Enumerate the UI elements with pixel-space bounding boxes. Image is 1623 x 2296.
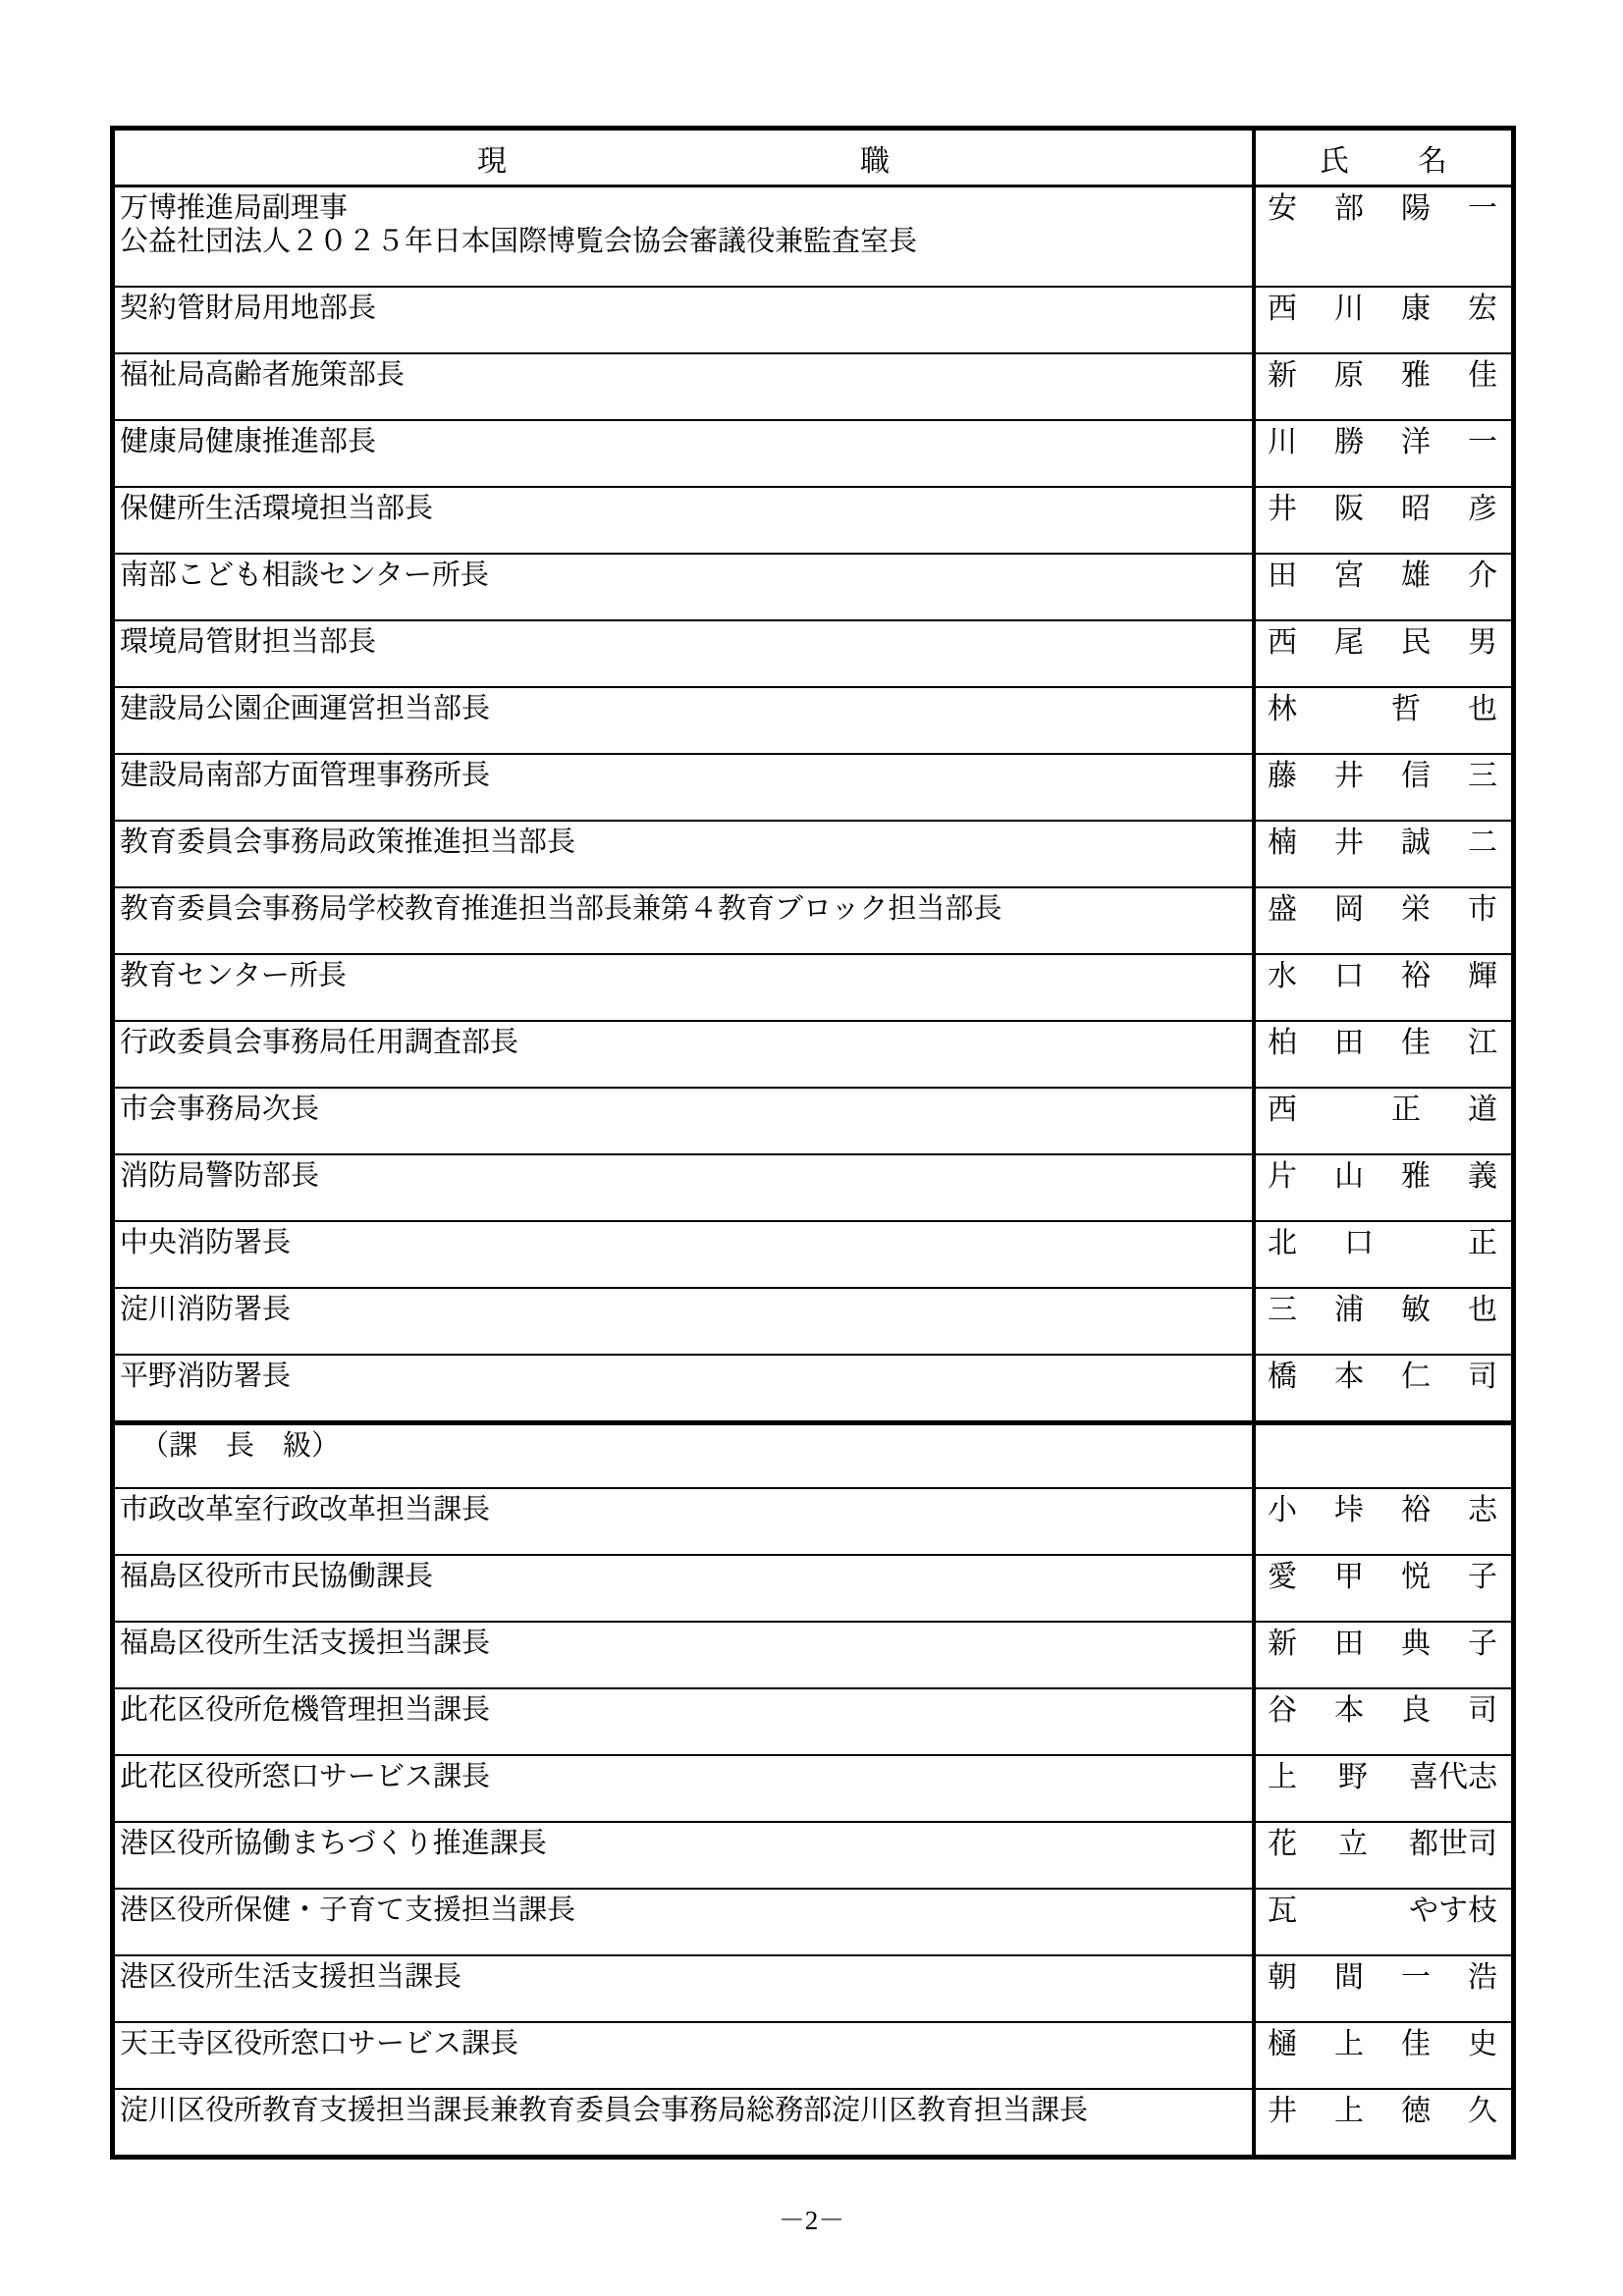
table-row: 港区役所生活支援担当課長朝間一浩 [115,1954,1511,2021]
name-char: 甲 [1334,1561,1364,1593]
name-char: 口 [1344,1227,1374,1259]
name-cell: 井阪昭彦 [1256,488,1511,553]
header-position-cell: 現 職 [115,131,1256,185]
table-row: 環境局管財担当部長西尾民男 [115,619,1511,686]
name-char: 裕 [1401,960,1431,992]
name-cell: 西尾民男 [1256,621,1511,686]
name-char: 介 [1468,560,1497,592]
name-cell: 新原雅佳 [1256,354,1511,419]
table-row: 市政改革室行政改革担当課長小垰裕志 [115,1487,1511,1554]
page-number: －2－ [0,2199,1623,2237]
name-cell: 花立都世司 [1256,1823,1511,1888]
position-text: 環境局管財担当部長 [120,625,1246,659]
name-char: 上 [1334,2028,1364,2060]
name-char: 立 [1338,1828,1368,1860]
name-char: 正 [1391,1094,1421,1126]
position-cell: 保健所生活環境担当部長 [115,488,1256,553]
name-char: 浩 [1468,1961,1497,1994]
table-row: 建設局南部方面管理事務所長藤井信三 [115,753,1511,820]
position-text: 港区役所保健・子育て支援担当課長 [120,1894,1246,1927]
name-char: 史 [1468,2028,1497,2060]
name-char: 佳 [1401,1027,1431,1059]
name-char: 陽 [1401,192,1431,225]
name-char: 彦 [1468,493,1497,525]
table-row: 港区役所保健・子育て支援担当課長瓦やす枝 [115,1888,1511,1954]
name-char: やす枝 [1409,1895,1497,1927]
name-char: 本 [1334,1361,1364,1393]
name-cell: 樋上佳史 [1256,2023,1511,2088]
position-cell: 教育委員会事務局政策推進担当部長 [115,822,1256,886]
name-char: 誠 [1401,827,1431,859]
name-cell: 安部陽一 [1256,187,1511,286]
position-text: 淀川消防署長 [120,1293,1246,1326]
name-char: 柏 [1268,1027,1297,1059]
position-cell: 中央消防署長 [115,1222,1256,1287]
name-char: 西 [1268,1094,1297,1126]
name-char: 西 [1268,293,1297,325]
position-cell: 健康局健康推進部長 [115,421,1256,486]
name-char: 司 [1468,1361,1497,1393]
position-cell: （課 長 級） [115,1425,1256,1487]
name-char: 阪 [1334,493,1364,525]
position-text: 福島区役所生活支援担当課長 [120,1627,1246,1660]
header-position-char-2: 職 [860,136,890,180]
name-char: 垰 [1334,1494,1364,1526]
name-cell: 川勝洋一 [1256,421,1511,486]
position-text: 教育委員会事務局政策推進担当部長 [120,826,1246,859]
name-char: 井 [1268,493,1297,525]
table-row: 中央消防署長北口正 [115,1220,1511,1287]
name-char: 一 [1468,192,1497,225]
table-row: 教育委員会事務局政策推進担当部長楠井誠二 [115,820,1511,886]
position-cell: 契約管財局用地部長 [115,288,1256,352]
table-row: 南部こども相談センター所長田宮雄介 [115,553,1511,619]
name-cell: 小垰裕志 [1256,1489,1511,1554]
position-text: 市政改革室行政改革担当課長 [120,1493,1246,1526]
personnel-table: 現 職 氏 名 万博推進局副理事公益社団法人２０２５年日本国際博覧会協会審議役兼… [110,126,1516,2160]
name-char: 栄 [1401,893,1431,926]
table-row: 教育センター所長水口裕輝 [115,953,1511,1020]
position-cell: 此花区役所窓口サービス課長 [115,1756,1256,1821]
position-text: 行政委員会事務局任用調査部長 [120,1026,1246,1059]
name-char: 安 [1268,192,1297,225]
name-char: 朝 [1268,1961,1297,1994]
table-row: 万博推進局副理事公益社団法人２０２５年日本国際博覧会協会審議役兼監査室長安部陽一 [115,187,1511,286]
name-char: 上 [1334,2095,1364,2127]
name-cell: 水口裕輝 [1256,955,1511,1020]
name-char: 瓦 [1268,1895,1297,1927]
name-char: 雅 [1401,1160,1431,1193]
header-name-char-1: 氏 [1320,136,1349,180]
position-cell: 建設局公園企画運営担当部長 [115,688,1256,753]
position-cell: 福島区役所市民協働課長 [115,1556,1256,1621]
name-char: 勝 [1334,426,1364,458]
name-char: 三 [1468,760,1497,792]
name-char: 志 [1468,1494,1497,1526]
position-text: 港区役所協働まちづくり推進課長 [120,1827,1246,1860]
name-char: 井 [1268,2095,1297,2127]
position-text: 平野消防署長 [120,1360,1246,1393]
name-char: 山 [1334,1160,1364,1193]
table-row: 港区役所協働まちづくり推進課長花立都世司 [115,1821,1511,1888]
name-cell: 西川康宏 [1256,288,1511,352]
position-text: 健康局健康推進部長 [120,425,1246,458]
name-cell: 上野喜代志 [1256,1756,1511,1821]
position-text: 淀川区役所教育支援担当課長兼教育委員会事務局総務部淀川区教育担当課長 [120,2094,1246,2127]
position-text: 港区役所生活支援担当課長 [120,1960,1246,1994]
position-cell: 天王寺区役所窓口サービス課長 [115,2023,1256,2088]
header-position-char-1: 現 [477,136,507,180]
name-cell: 谷本良司 [1256,1689,1511,1754]
name-cell: 盛岡栄市 [1256,888,1511,953]
name-cell: 三浦敏也 [1256,1289,1511,1354]
name-cell: 新田典子 [1256,1623,1511,1687]
name-char: 市 [1468,893,1497,926]
name-char: 岡 [1334,893,1364,926]
name-char: 愛 [1268,1561,1297,1593]
name-char: 上 [1268,1761,1297,1793]
name-char: 花 [1268,1828,1297,1860]
name-char: 敏 [1401,1294,1431,1326]
name-char: 典 [1401,1628,1431,1660]
table-row: 此花区役所危機管理担当課長谷本良司 [115,1687,1511,1754]
name-char: 井 [1334,760,1364,792]
position-cell: 行政委員会事務局任用調査部長 [115,1022,1256,1087]
position-cell: 港区役所保健・子育て支援担当課長 [115,1890,1256,1954]
name-cell: 田宮雄介 [1256,555,1511,619]
document-page: 現 職 氏 名 万博推進局副理事公益社団法人２０２５年日本国際博覧会協会審議役兼… [0,0,1623,2296]
name-char: 仁 [1401,1361,1431,1393]
position-text: 福祉局高齢者施策部長 [120,358,1246,392]
table-row: 行政委員会事務局任用調査部長柏田佳江 [115,1020,1511,1087]
position-text: 此花区役所危機管理担当課長 [120,1693,1246,1727]
name-char: 哲 [1391,693,1421,725]
position-cell: 港区役所生活支援担当課長 [115,1956,1256,2021]
name-cell: 楠井誠二 [1256,822,1511,886]
name-char: 原 [1334,359,1364,392]
position-cell: 淀川区役所教育支援担当課長兼教育委員会事務局総務部淀川区教育担当課長 [115,2090,1256,2155]
name-char: 田 [1334,1628,1364,1660]
name-char: 林 [1268,693,1297,725]
name-char: 良 [1401,1694,1431,1727]
name-char: 都世司 [1409,1828,1497,1860]
name-char: 一 [1401,1961,1431,1994]
name-char: 民 [1401,626,1431,659]
name-char: 悦 [1401,1561,1431,1593]
position-cell: 万博推進局副理事公益社団法人２０２５年日本国際博覧会協会審議役兼監査室長 [115,187,1256,286]
name-char: 司 [1468,1694,1497,1727]
name-char: 水 [1268,960,1297,992]
table-row: 福島区役所市民協働課長愛甲悦子 [115,1554,1511,1621]
name-char: 正 [1468,1227,1497,1259]
table-row: 福島区役所生活支援担当課長新田典子 [115,1621,1511,1687]
name-cell: 柏田佳江 [1256,1022,1511,1087]
name-char: 佳 [1401,2028,1431,2060]
name-char: 江 [1468,1027,1497,1059]
name-char: 藤 [1268,760,1297,792]
table-row: 此花区役所窓口サービス課長上野喜代志 [115,1754,1511,1821]
name-char: 昭 [1401,493,1431,525]
table-row: 淀川区役所教育支援担当課長兼教育委員会事務局総務部淀川区教育担当課長井上徳久 [115,2088,1511,2155]
header-name-cell: 氏 名 [1256,131,1511,185]
name-cell: 橋本仁司 [1256,1356,1511,1420]
position-text: 福島区役所市民協働課長 [120,1560,1246,1593]
name-char: 盛 [1268,893,1297,926]
name-char: 片 [1268,1160,1297,1193]
name-char: 北 [1268,1227,1297,1259]
name-char: 也 [1468,1294,1497,1326]
name-cell: 瓦やす枝 [1256,1890,1511,1954]
name-char: 雄 [1401,560,1431,592]
table-header-row: 現 職 氏 名 [115,131,1511,187]
name-char: 宏 [1468,293,1497,325]
position-cell: 平野消防署長 [115,1356,1256,1420]
position-text: 保健所生活環境担当部長 [120,492,1246,525]
name-char: 信 [1401,760,1431,792]
position-text: 契約管財局用地部長 [120,292,1246,325]
name-char: 橋 [1268,1361,1297,1393]
table-row: 淀川消防署長三浦敏也 [115,1287,1511,1354]
table-row: 消防局警防部長片山雅義 [115,1153,1511,1220]
name-char: 間 [1334,1961,1364,1994]
name-char: 三 [1268,1294,1297,1326]
table-row: 市会事務局次長西正道 [115,1087,1511,1153]
name-char: 裕 [1401,1494,1431,1526]
position-text: 公益社団法人２０２５年日本国際博覧会協会審議役兼監査室長 [120,225,1246,258]
name-char: 谷 [1268,1694,1297,1727]
name-char: 川 [1334,293,1364,325]
section-header-row: （課 長 級） [115,1420,1511,1487]
name-char: 宮 [1334,560,1364,592]
position-cell: 教育センター所長 [115,955,1256,1020]
name-char: 徳 [1401,2095,1431,2127]
name-char: 雅 [1401,359,1431,392]
table-row: 建設局公園企画運営担当部長林哲也 [115,686,1511,753]
name-char: 川 [1268,426,1297,458]
name-char: 部 [1334,192,1364,225]
name-char: 子 [1468,1561,1497,1593]
position-cell: 教育委員会事務局学校教育推進担当部長兼第４教育ブロック担当部長 [115,888,1256,953]
name-cell: 西正道 [1256,1089,1511,1153]
position-text: 天王寺区役所窓口サービス課長 [120,2027,1246,2060]
name-char: 本 [1334,1694,1364,1727]
name-char: 義 [1468,1160,1497,1193]
table-rows: 万博推進局副理事公益社団法人２０２５年日本国際博覧会協会審議役兼監査室長安部陽一… [115,187,1511,2155]
name-char: 佳 [1468,359,1497,392]
name-char: 久 [1468,2095,1497,2127]
name-char: 尾 [1334,626,1364,659]
name-char: 小 [1268,1494,1297,1526]
position-text: 建設局南部方面管理事務所長 [120,759,1246,792]
name-cell: 片山雅義 [1256,1155,1511,1220]
name-char: 口 [1334,960,1364,992]
name-char: 樋 [1268,2028,1297,2060]
name-char: 浦 [1334,1294,1364,1326]
position-cell: 南部こども相談センター所長 [115,555,1256,619]
position-text: （課 長 級） [140,1429,1246,1463]
position-text: 万博推進局副理事 [120,191,1246,225]
position-cell: 市会事務局次長 [115,1089,1256,1153]
name-char: 野 [1338,1761,1368,1793]
name-char: 一 [1468,426,1497,458]
name-cell: 北口正 [1256,1222,1511,1287]
position-text: 建設局公園企画運営担当部長 [120,692,1246,725]
position-cell: 建設局南部方面管理事務所長 [115,755,1256,820]
name-char: 康 [1401,293,1431,325]
name-cell: 藤井信三 [1256,755,1511,820]
position-text: 此花区役所窓口サービス課長 [120,1760,1246,1793]
name-char: 道 [1468,1094,1497,1126]
position-text: 消防局警防部長 [120,1159,1246,1193]
position-cell: 福祉局高齢者施策部長 [115,354,1256,419]
position-cell: 市政改革室行政改革担当課長 [115,1489,1256,1554]
position-cell: 環境局管財担当部長 [115,621,1256,686]
position-cell: 消防局警防部長 [115,1155,1256,1220]
position-text: 南部こども相談センター所長 [120,559,1246,592]
name-char: 井 [1334,827,1364,859]
position-text: 中央消防署長 [120,1226,1246,1259]
position-cell: 淀川消防署長 [115,1289,1256,1354]
table-row: 健康局健康推進部長川勝洋一 [115,419,1511,486]
name-char: 也 [1468,693,1497,725]
name-cell: 愛甲悦子 [1256,1556,1511,1621]
table-row: 契約管財局用地部長西川康宏 [115,286,1511,352]
table-row: 保健所生活環境担当部長井阪昭彦 [115,486,1511,553]
table-row: 平野消防署長橋本仁司 [115,1354,1511,1420]
name-char: 二 [1468,827,1497,859]
name-char: 田 [1334,1027,1364,1059]
name-char: 洋 [1401,426,1431,458]
name-char: 楠 [1268,827,1297,859]
table-row: 天王寺区役所窓口サービス課長樋上佳史 [115,2021,1511,2088]
name-char: 男 [1468,626,1497,659]
name-char: 新 [1268,359,1297,392]
name-cell [1256,1425,1511,1487]
name-cell: 井上徳久 [1256,2090,1511,2155]
position-text: 市会事務局次長 [120,1093,1246,1126]
table-row: 福祉局高齢者施策部長新原雅佳 [115,352,1511,419]
name-char: 子 [1468,1628,1497,1660]
position-text: 教育委員会事務局学校教育推進担当部長兼第４教育ブロック担当部長 [120,892,1246,926]
name-char: 西 [1268,626,1297,659]
position-cell: 福島区役所生活支援担当課長 [115,1623,1256,1687]
position-text: 教育センター所長 [120,959,1246,992]
name-char: 喜代志 [1409,1761,1497,1793]
header-name-char-2: 名 [1418,136,1447,180]
name-char: 新 [1268,1628,1297,1660]
name-char: 田 [1268,560,1297,592]
name-cell: 林哲也 [1256,688,1511,753]
name-cell: 朝間一浩 [1256,1956,1511,2021]
table-row: 教育委員会事務局学校教育推進担当部長兼第４教育ブロック担当部長盛岡栄市 [115,886,1511,953]
position-cell: 港区役所協働まちづくり推進課長 [115,1823,1256,1888]
name-char: 輝 [1468,960,1497,992]
position-cell: 此花区役所危機管理担当課長 [115,1689,1256,1754]
